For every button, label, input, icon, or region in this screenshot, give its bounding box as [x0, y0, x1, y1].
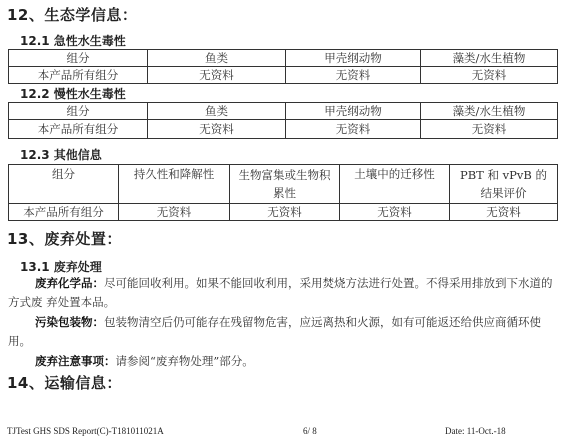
footer-date: Date: 11-Oct.-18: [445, 426, 506, 436]
table-cell: 无资料: [230, 204, 340, 221]
table-cell: 本产品所有组分: [9, 120, 148, 139]
header-cell: 组分: [9, 165, 119, 204]
paragraph-label: 废弃化学品：: [35, 276, 104, 290]
footer-report-id: TJTest GHS SDS Report(C)-T181011021A: [7, 426, 164, 436]
footer-page-number: 6/ 8: [303, 426, 317, 436]
table-cell: 本产品所有组分: [9, 67, 148, 84]
table-cell: 本产品所有组分: [9, 204, 119, 221]
section-13-title: 13、废弃处置：: [7, 228, 122, 249]
table-row: 本产品所有组分 无资料 无资料 无资料 无资料: [9, 204, 558, 221]
disposal-chemicals-paragraph: 废弃化学品：尽可能回收利用。如果不能回收利用，采用焚烧方法进行处置。不得采用排放…: [8, 274, 557, 312]
acute-toxicity-table: 组分 鱼类 甲壳纲动物 藻类/水生植物 本产品所有组分 无资料 无资料 无资料: [8, 49, 558, 84]
acute-toxicity-title: 12.1 急性水生毒性: [20, 32, 126, 49]
header-cell: 藻类/水生植物: [421, 50, 558, 67]
chronic-toxicity-title: 12.2 慢性水生毒性: [20, 85, 126, 102]
header-cell: 鱼类: [148, 50, 286, 67]
disposal-notes-paragraph: 废弃注意事项：请参阅“废弃物处理”部分。: [8, 352, 557, 371]
table-cell: 无资料: [148, 120, 286, 139]
header-cell: 土壤中的迁移性: [340, 165, 450, 204]
paragraph-label: 废弃注意事项：: [35, 354, 116, 368]
table-header-row: 组分 鱼类 甲壳纲动物 藻类/水生植物: [9, 50, 558, 67]
table-cell: 无资料: [450, 204, 558, 221]
section-12-title: 12、生态学信息：: [7, 4, 137, 25]
disposal-subtitle: 13.1 废弃处理: [20, 258, 102, 275]
header-cell: PBT 和 vPvB 的结果评价: [450, 165, 558, 204]
table-cell: 无资料: [286, 67, 421, 84]
header-cell: 鱼类: [148, 103, 286, 120]
table-cell: 无资料: [119, 204, 230, 221]
header-cell: 藻类/水生植物: [421, 103, 558, 120]
section-14-title: 14、运输信息：: [7, 372, 122, 393]
header-cell: 组分: [9, 50, 148, 67]
other-info-table: 组分 持久性和降解性 生物富集或生物积累性 土壤中的迁移性 PBT 和 vPvB…: [8, 164, 558, 221]
other-info-title: 12.3 其他信息: [20, 146, 102, 163]
table-row: 本产品所有组分 无资料 无资料 无资料: [9, 120, 558, 139]
table-header-row: 组分 鱼类 甲壳纲动物 藻类/水生植物: [9, 103, 558, 120]
header-cell: 甲壳纲动物: [286, 103, 421, 120]
table-cell: 无资料: [148, 67, 286, 84]
table-cell: 无资料: [421, 67, 558, 84]
chronic-toxicity-table: 组分 鱼类 甲壳纲动物 藻类/水生植物 本产品所有组分 无资料 无资料 无资料: [8, 102, 558, 139]
header-cell: 持久性和降解性: [119, 165, 230, 204]
header-cell: 甲壳纲动物: [286, 50, 421, 67]
table-cell: 无资料: [286, 120, 421, 139]
contaminated-packaging-paragraph: 污染包装物：包装物清空后仍可能存在残留物危害，应远离热和火源，如有可能返还给供应…: [8, 313, 557, 351]
header-cell: 组分: [9, 103, 148, 120]
table-header-row: 组分 持久性和降解性 生物富集或生物积累性 土壤中的迁移性 PBT 和 vPvB…: [9, 165, 558, 204]
header-cell: 生物富集或生物积累性: [230, 165, 340, 204]
table-cell: 无资料: [421, 120, 558, 139]
paragraph-label: 污染包装物：: [35, 315, 104, 329]
paragraph-text: 请参阅“废弃物处理”部分。: [116, 354, 254, 368]
table-cell: 无资料: [340, 204, 450, 221]
table-row: 本产品所有组分 无资料 无资料 无资料: [9, 67, 558, 84]
